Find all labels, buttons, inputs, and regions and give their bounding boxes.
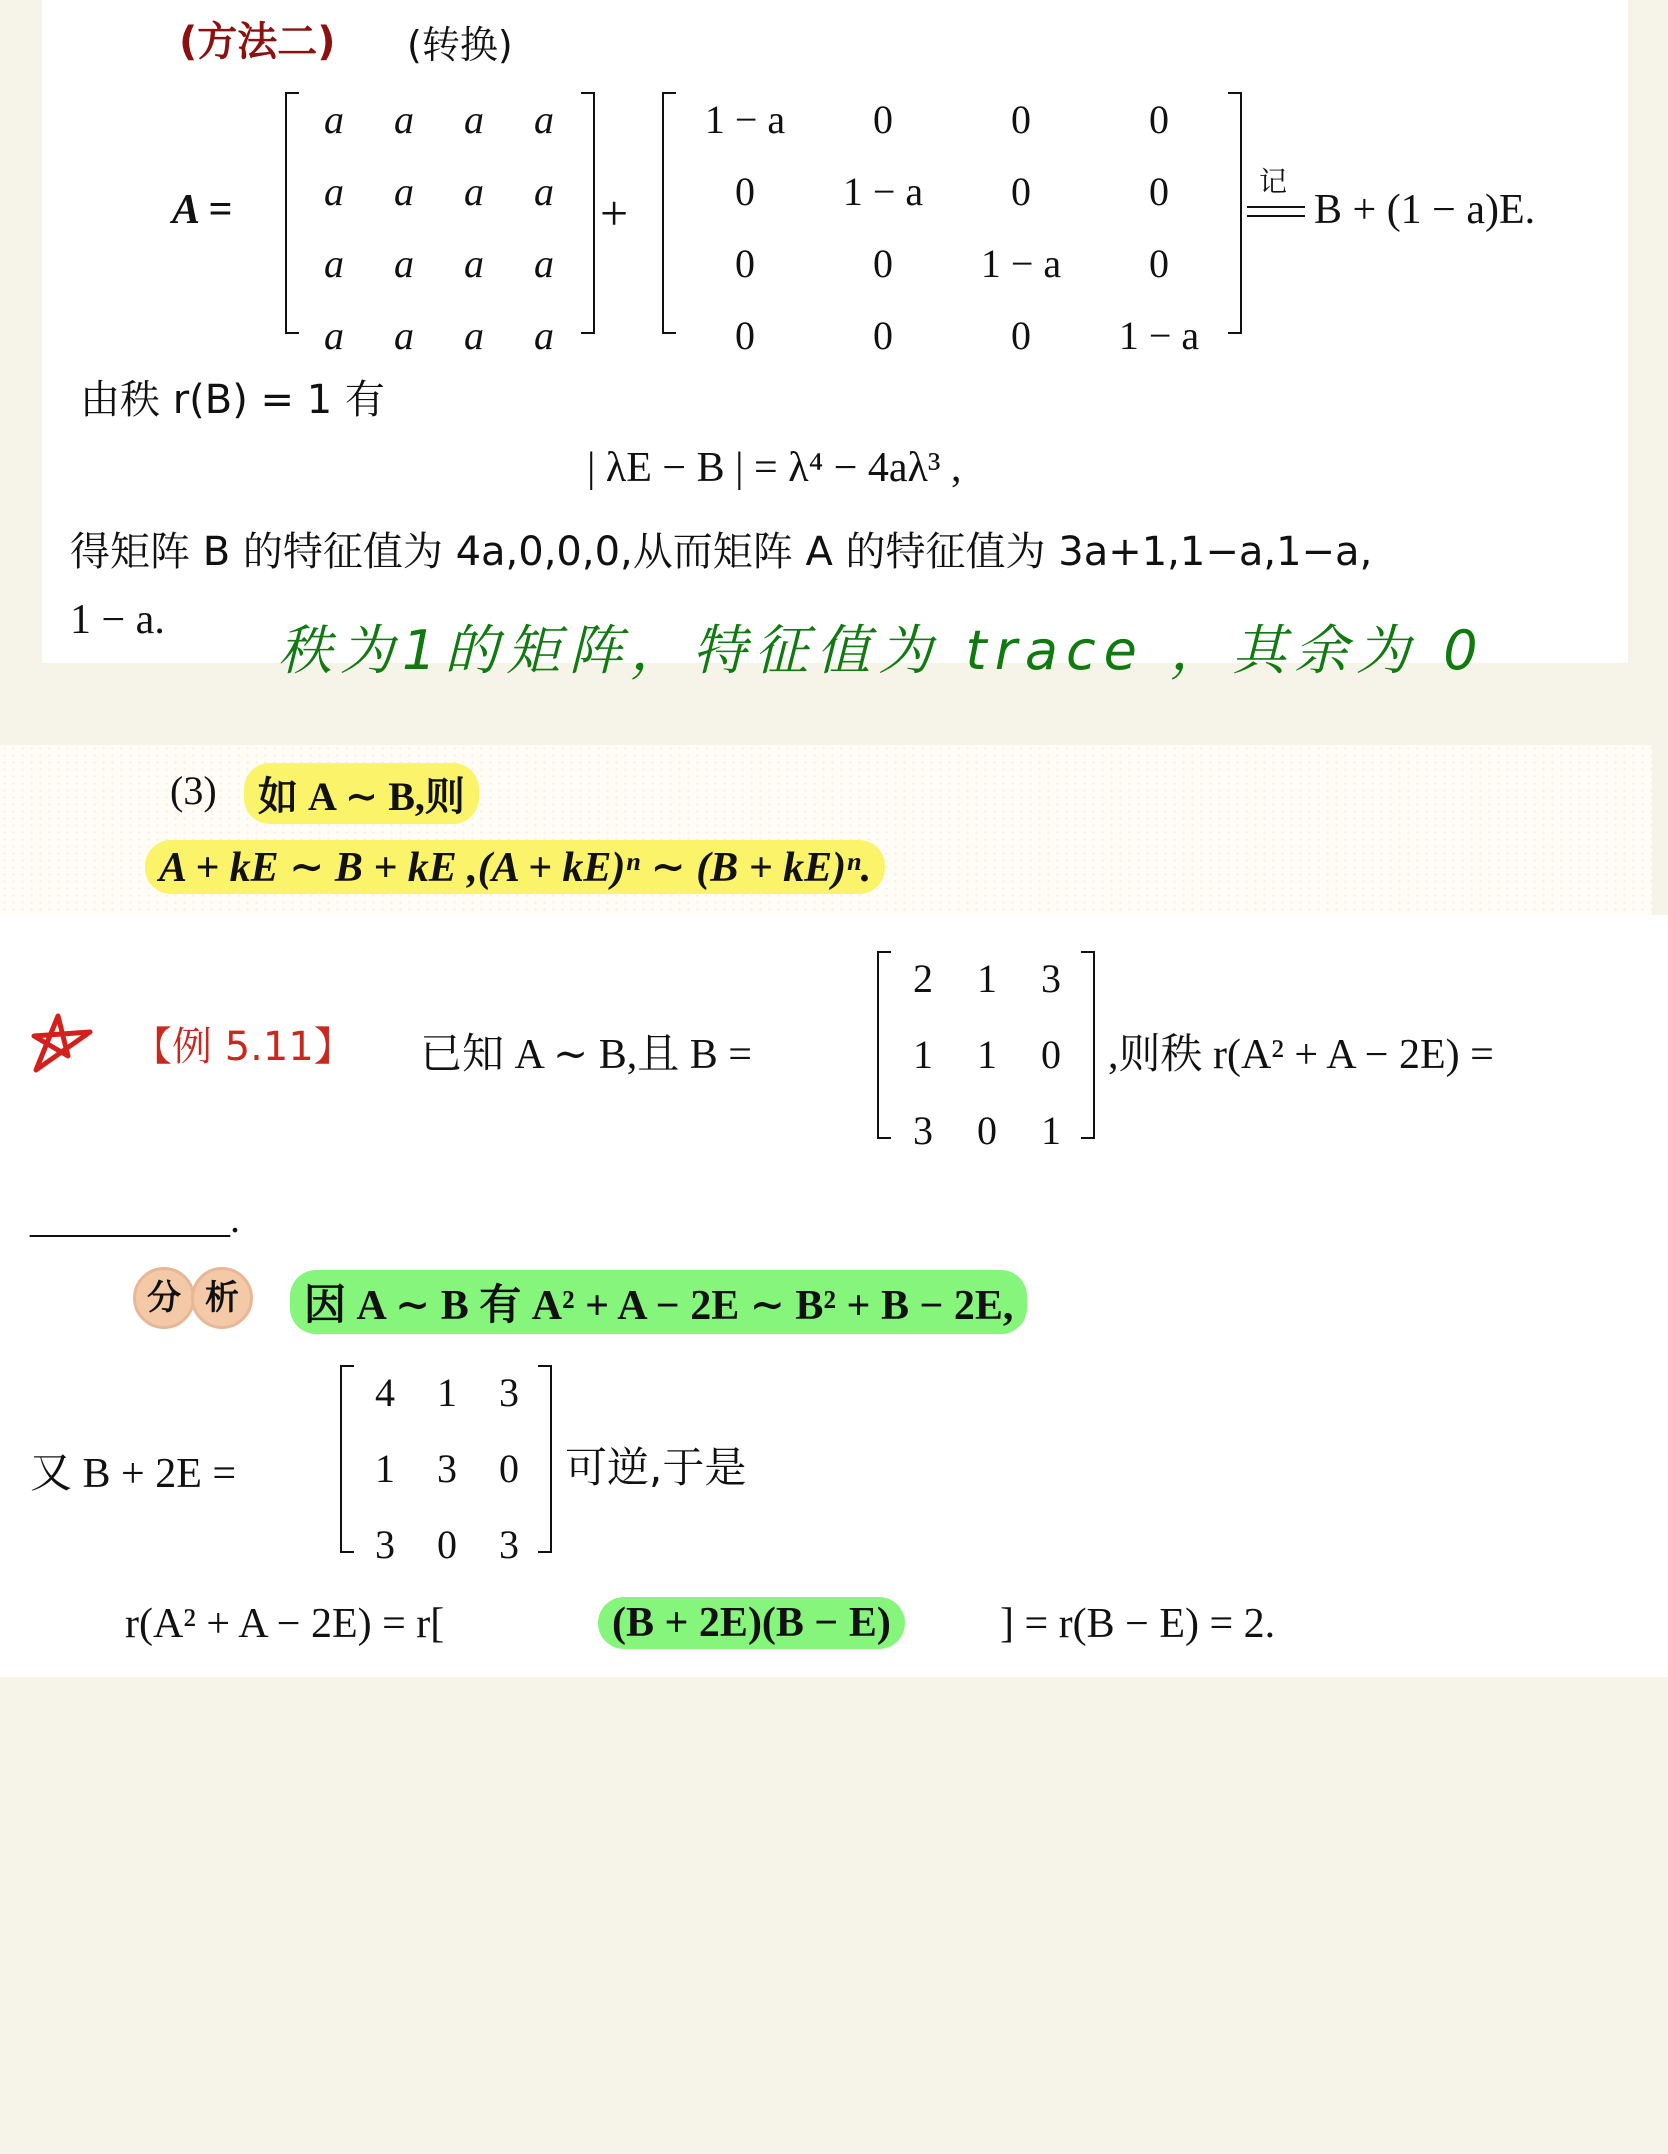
matrix-cell: a <box>439 168 509 215</box>
eigenvalue-statement: 得矩阵 B 的特征值为 4a,0,0,0,从而矩阵 A 的特征值为 3a+1,1… <box>70 520 1372 577</box>
matrix-cell: 3 <box>416 1445 478 1492</box>
item-condition: 如 A ∼ B,则 <box>244 763 479 824</box>
item-number: (3) <box>170 767 217 814</box>
question-tail: ,则秩 r(A² + A − 2E) = <box>1108 1021 1494 1081</box>
bracket-left <box>877 951 891 1139</box>
matrix-cell: 1 <box>955 1031 1019 1078</box>
matrix-cell: a <box>369 240 439 287</box>
definition-mark: 记 <box>1259 160 1287 200</box>
bracket-right <box>1081 951 1095 1139</box>
bracket-left <box>662 92 676 334</box>
matrix-cell: 1 − a <box>952 240 1090 287</box>
matrix-cell: 0 <box>814 96 952 143</box>
matrix-cell: a <box>369 312 439 359</box>
item-formula: A + kE ∼ B + kE ,(A + kE)ⁿ ∼ (B + kE)ⁿ. <box>145 840 885 894</box>
matrix-cell: 1 − a <box>676 96 814 143</box>
matrix-cell: a <box>509 240 579 287</box>
matrix-cell: 0 <box>814 312 952 359</box>
page-snippet-similarity-property: (3) 如 A ∼ B,则 A + kE ∼ B + kE ,(A + kE)ⁿ… <box>0 745 1652 915</box>
matrix-cell: 1 <box>354 1445 416 1492</box>
matrix-cell: a <box>439 312 509 359</box>
matrix-cell: 1 <box>1019 1107 1083 1154</box>
matrix-diagonal: 1 − a00001 − a00001 − a00001 − a <box>662 92 1242 332</box>
matrix-all-a: aaaaaaaaaaaaaaaa <box>285 92 595 332</box>
matrix-cell: a <box>299 96 369 143</box>
matrix-cell: 0 <box>1019 1031 1083 1078</box>
bracket-right <box>581 92 595 334</box>
page-snippet-method-two: (方法二) (转换) A = aaaaaaaaaaaaaaaa + 1 − a0… <box>42 0 1628 663</box>
matrix-cell: 3 <box>1019 955 1083 1002</box>
matrix-cell: 1 <box>891 1031 955 1078</box>
matrix-cell: a <box>299 312 369 359</box>
bracket-right <box>1228 92 1242 334</box>
plus-sign: + <box>600 184 628 242</box>
rank-statement: 由秩 r(B) = 1 有 <box>80 368 385 425</box>
badge-char-2: 析 <box>191 1267 253 1329</box>
matrix-cell: 2 <box>891 955 955 1002</box>
example-given: 已知 A ∼ B,且 B = <box>420 1021 752 1081</box>
matrix-cell: 0 <box>955 1107 1019 1154</box>
def-equals-sign <box>1247 206 1305 217</box>
invertible-note: 可逆,于是 <box>565 1435 746 1495</box>
matrix-cell: 0 <box>952 312 1090 359</box>
matrix-cell: a <box>369 168 439 215</box>
matrix-cell: 0 <box>676 240 814 287</box>
example-label: 【例 5.11】 <box>132 1015 354 1072</box>
page-snippet-example-5-11: 【例 5.11】 已知 A ∼ B,且 B = 213110301 ,则秩 r(… <box>0 915 1668 1677</box>
lhs-a: A = <box>172 186 232 234</box>
matrix-b: 213110301 <box>877 951 1095 1137</box>
matrix-cell: 0 <box>676 168 814 215</box>
char-polynomial: | λE − B | = λ⁴ − 4aλ³ , <box>587 444 962 492</box>
matrix-cell: a <box>299 168 369 215</box>
method-subheading: (转换) <box>407 14 513 69</box>
analysis-text: 因 A ∼ B 有 A² + A − 2E ∼ B² + B − 2E, <box>290 1270 1027 1334</box>
matrix-cell: 0 <box>478 1445 540 1492</box>
matrix-cell: a <box>509 312 579 359</box>
matrix-cell: 0 <box>952 168 1090 215</box>
matrix-cell: a <box>439 240 509 287</box>
matrix-cell: 3 <box>354 1521 416 1568</box>
bracket-left <box>340 1365 354 1553</box>
star-icon <box>28 1010 94 1076</box>
handwritten-note: 秩为1的矩阵，特征值为 trace ，其余为 0 <box>278 608 1486 685</box>
eigenvalue-tail: 1 − a. <box>70 596 165 644</box>
matrix-cell: a <box>299 240 369 287</box>
final-lhs: r(A² + A − 2E) = r[ <box>125 1600 444 1648</box>
answer-blank[interactable]: __________. <box>30 1195 240 1242</box>
matrix-cell: 1 − a <box>814 168 952 215</box>
matrix-cell: 4 <box>354 1369 416 1416</box>
matrix-cell: 0 <box>1090 96 1228 143</box>
matrix-cell: 1 <box>416 1369 478 1416</box>
matrix-cell: a <box>509 168 579 215</box>
matrix-cell: 3 <box>478 1521 540 1568</box>
matrix-cell: 0 <box>416 1521 478 1568</box>
rhs-expression: B + (1 − a)E. <box>1314 186 1535 234</box>
b-plus-2e-lhs: 又 B + 2E = <box>30 1440 236 1500</box>
matrix-cell: 0 <box>1090 240 1228 287</box>
matrix-cell: a <box>369 96 439 143</box>
matrix-cell: a <box>509 96 579 143</box>
matrix-cell: 3 <box>891 1107 955 1154</box>
matrix-cell: 0 <box>1090 168 1228 215</box>
matrix-cell: 0 <box>676 312 814 359</box>
matrix-cell: 0 <box>952 96 1090 143</box>
method-heading: (方法二) <box>179 10 336 67</box>
matrix-cell: 1 <box>955 955 1019 1002</box>
matrix-b-plus-2e: 413130303 <box>340 1365 552 1551</box>
matrix-cell: 0 <box>814 240 952 287</box>
badge-char-1: 分 <box>133 1267 195 1329</box>
matrix-cell: 3 <box>478 1369 540 1416</box>
bracket-right <box>538 1365 552 1553</box>
analysis-badge: 分析 <box>133 1267 253 1329</box>
bracket-left <box>285 92 299 334</box>
final-rhs: ] = r(B − E) = 2. <box>1000 1600 1275 1648</box>
matrix-cell: 1 − a <box>1090 312 1228 359</box>
final-highlight: (B + 2E)(B − E) <box>598 1597 905 1649</box>
matrix-cell: a <box>439 96 509 143</box>
